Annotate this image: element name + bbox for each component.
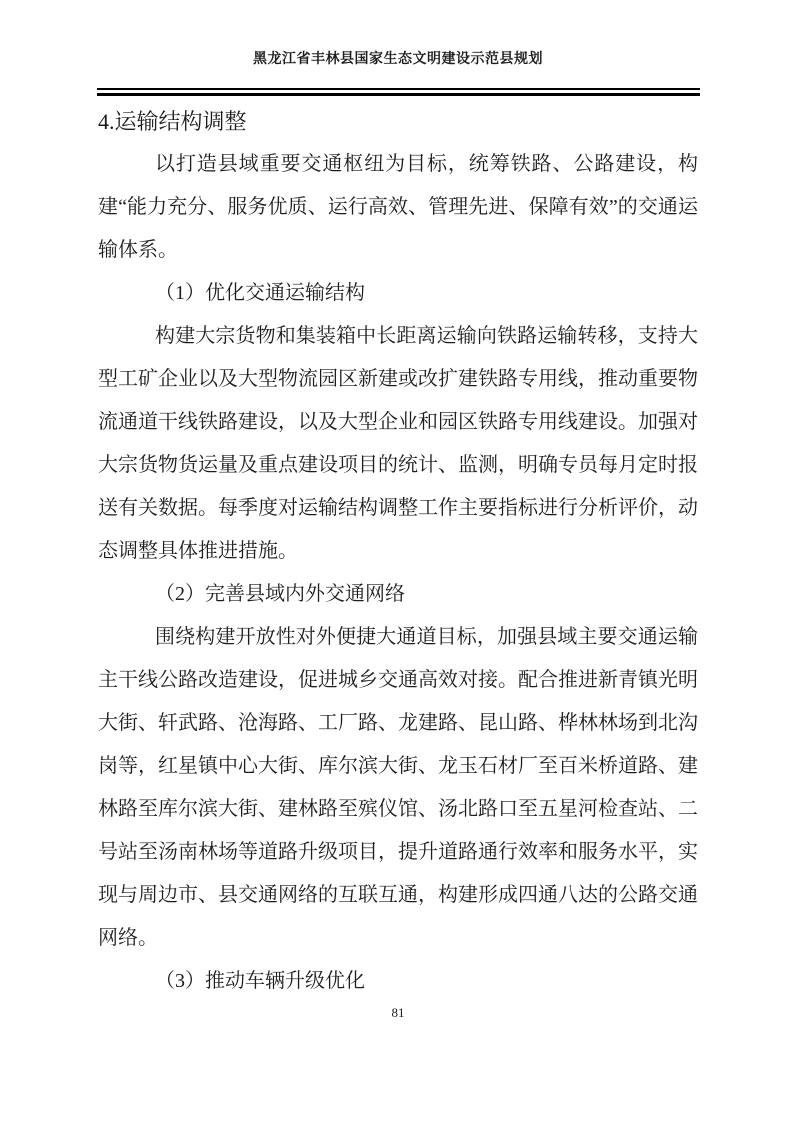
header-double-rule xyxy=(97,88,700,96)
section-heading: 4.运输结构调整 xyxy=(98,100,698,143)
paragraph-road-network: 围绕构建开放性对外便捷大通道目标，加强县域主要交通运输主干线公路改造建设，促进城… xyxy=(98,616,698,960)
paragraph-optimize-transport-structure: 构建大宗货物和集装箱中长距离运输向铁路运输转移，支持大型工矿企业以及大型物流园区… xyxy=(98,315,698,573)
paragraph-intro: 以打造县域重要交通枢纽为目标，统筹铁路、公路建设，构建“能力充分、服务优质、运行… xyxy=(98,143,698,272)
sub-heading-2: （2）完善县域内外交通网络 xyxy=(98,573,698,616)
document-page: 黑龙江省丰林县国家生态文明建设示范县规划 4.运输结构调整 以打造县域重要交通枢… xyxy=(0,0,793,1122)
page-number: 81 xyxy=(98,1003,698,1023)
document-body: 4.运输结构调整 以打造县域重要交通枢纽为目标，统筹铁路、公路建设，构建“能力充… xyxy=(98,100,698,1003)
sub-heading-3: （3）推动车辆升级优化 xyxy=(98,960,698,1003)
header-title: 黑龙江省丰林县国家生态文明建设示范县规划 xyxy=(98,48,698,68)
sub-heading-1: （1）优化交通运输结构 xyxy=(98,272,698,315)
